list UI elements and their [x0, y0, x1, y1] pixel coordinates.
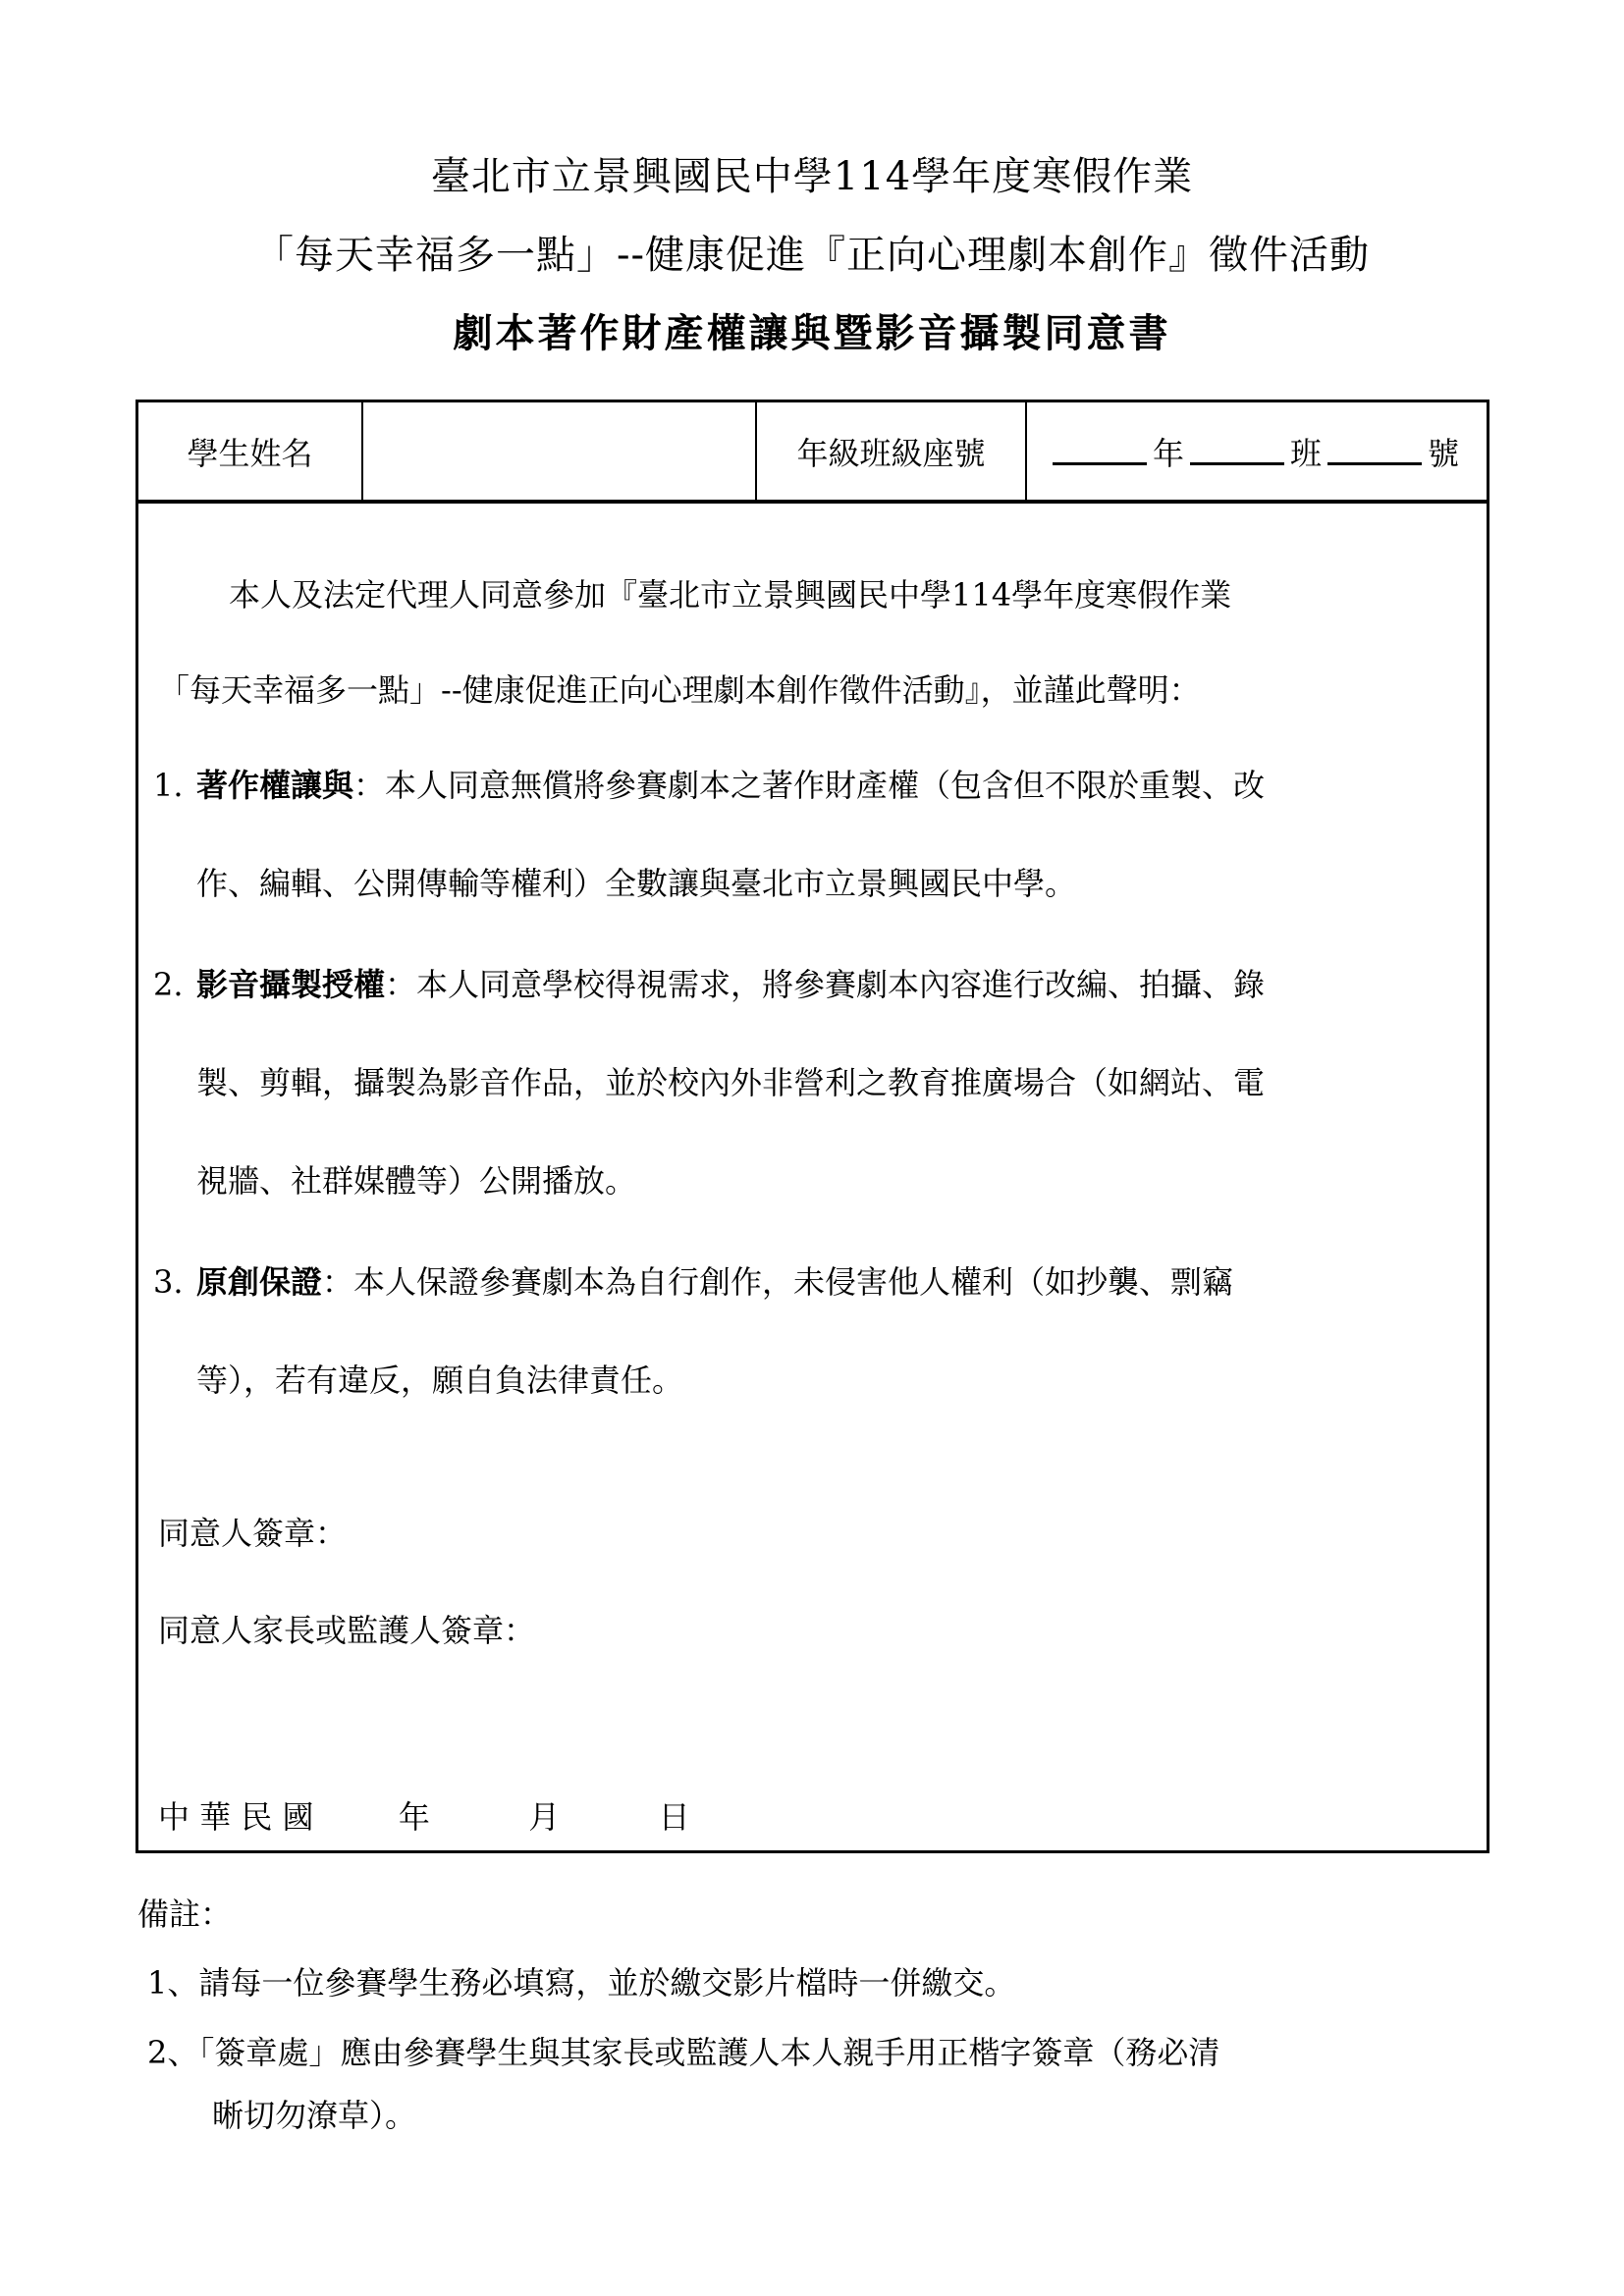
- seat-unit-label: 號: [1428, 429, 1459, 474]
- seat-field[interactable]: [1327, 437, 1422, 465]
- item-text: ：本人保證參賽劇本為自行創作，未侵害他人權利（如抄襲、剽竊: [322, 1263, 1233, 1301]
- date-month-label: 月: [528, 1798, 560, 1836]
- class-field[interactable]: [1190, 437, 1284, 465]
- note-item-2: 2、「簽章處」應由參賽學生與其家長或監護人本人親手用正楷字簽章（務必清: [147, 2028, 1219, 2073]
- item-heading: 影音攝製授權: [196, 966, 385, 1003]
- consent-form-table: 學生姓名 年級班級座號 年 班 號 本人及法定代理人同意參加『臺北市立景興國民中…: [135, 400, 1489, 1853]
- statement-section: 本人及法定代理人同意參加『臺北市立景興國民中學114學年度寒假作業 「每天幸福多…: [138, 504, 1487, 1850]
- grade-class-seat-label: 年級班級座號: [757, 402, 1027, 500]
- document-title-form: 劇本著作財產權讓與暨影音攝製同意書: [0, 314, 1624, 353]
- item-number: 2.: [153, 969, 196, 1000]
- note-text: 「簽章處」應由參賽學生與其家長或監護人本人親手用正楷字簽章（務必清: [198, 2034, 1219, 2071]
- note-item-2-cont: 晰切勿潦草）。: [212, 2091, 416, 2136]
- statement-item-1-cont: 作、編輯、公開傳輸等權利）全數讓與臺北市立景興國民中學。: [196, 868, 1076, 899]
- item-heading: 原創保證: [196, 1263, 322, 1301]
- class-unit-label: 班: [1290, 429, 1322, 474]
- student-name-field[interactable]: [363, 402, 757, 500]
- date-day-label: 日: [659, 1798, 690, 1836]
- statement-item-3: 3.原創保證：本人保證參賽劇本為自行創作，未侵害他人權利（如抄襲、剽竊: [153, 1266, 1233, 1298]
- statement-item-3-cont: 等），若有違反，願自負法律責任。: [196, 1364, 683, 1396]
- item-text: ：本人同意無償將參賽劇本之著作財產權（包含但不限於重製、改: [353, 767, 1265, 804]
- note-item-1: 1、請每一位參賽學生務必填寫，並於繳交影片檔時一併繳交。: [147, 1958, 1015, 2003]
- statement-item-2: 2.影音攝製授權：本人同意學校得視需求，將參賽劇本內容進行改編、拍攝、錄: [153, 969, 1265, 1000]
- document-title-activity: 「每天幸福多一點」--健康促進『正向心理劇本創作』徵件活動: [0, 236, 1624, 275]
- statement-item-1: 1.著作權讓與：本人同意無償將參賽劇本之著作財產權（包含但不限於重製、改: [153, 770, 1265, 801]
- statement-intro-line2: 「每天幸福多一點」--健康促進正向心理劇本創作徵件活動』，並謹此聲明：: [158, 674, 1201, 706]
- student-info-row: 學生姓名 年級班級座號 年 班 號: [138, 402, 1487, 504]
- statement-item-2-cont1: 製、剪輯，攝製為影音作品，並於校內外非營利之教育推廣場合（如網站、電: [196, 1067, 1265, 1098]
- item-heading: 著作權讓與: [196, 767, 353, 804]
- date-line: 中 華 民 國 年 月 日: [158, 1801, 690, 1833]
- statement-item-2-cont2: 視牆、社群媒體等）公開播放。: [196, 1165, 636, 1197]
- student-name-label: 學生姓名: [138, 402, 363, 500]
- item-text: ：本人同意學校得視需求，將參賽劇本內容進行改編、拍攝、錄: [385, 966, 1265, 1003]
- consenter-signature-label: 同意人簽章：: [158, 1518, 347, 1549]
- note-number: 1、: [147, 1964, 198, 2002]
- document-title-school: 臺北市立景興國民中學114學年度寒假作業: [0, 157, 1624, 196]
- grade-unit-label: 年: [1153, 429, 1184, 474]
- notes-label: 備註：: [137, 1890, 232, 1935]
- statement-intro-line1: 本人及法定代理人同意參加『臺北市立景興國民中學114學年度寒假作業: [229, 579, 1231, 611]
- grade-class-seat-fields: 年 班 號: [1027, 402, 1487, 500]
- item-number: 3.: [153, 1266, 196, 1298]
- grade-field[interactable]: [1053, 437, 1147, 465]
- note-text: 請每一位參賽學生務必填寫，並於繳交影片檔時一併繳交。: [198, 1964, 1015, 2002]
- guardian-signature-label: 同意人家長或監護人簽章：: [158, 1615, 535, 1646]
- note-number: 2、: [147, 2034, 198, 2071]
- date-era: 中 華 民 國: [158, 1798, 314, 1836]
- item-number: 1.: [153, 770, 196, 801]
- date-year-label: 年: [399, 1798, 430, 1836]
